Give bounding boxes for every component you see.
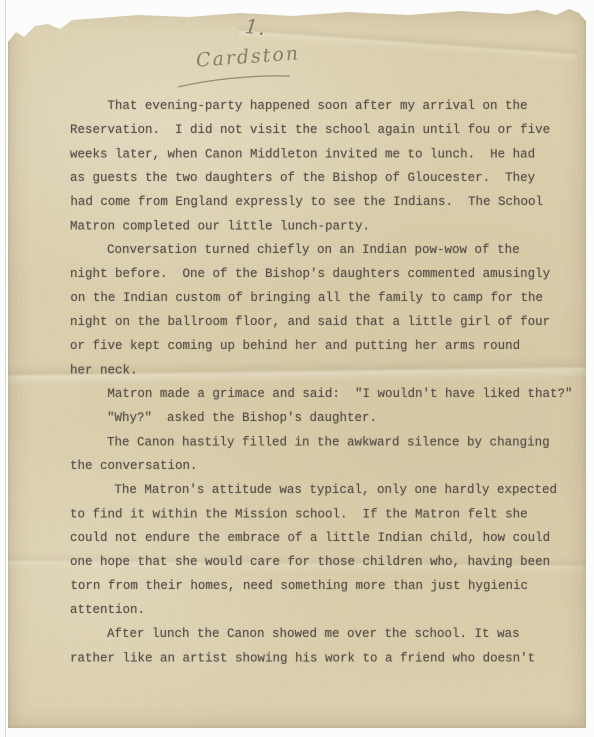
typed-line: That evening-party happened soon after m…	[70, 94, 570, 118]
scanner-edge-line	[5, 0, 6, 737]
typed-line: had come from England expressly to see t…	[70, 190, 570, 214]
typed-line: The Matron's attitude was typical, only …	[70, 478, 570, 502]
typed-line: The Canon hastily filled in the awkward …	[70, 430, 570, 454]
typed-line: weeks later, when Canon Middleton invite…	[70, 142, 570, 166]
typed-line: or five kept coming up behind her and pu…	[70, 334, 570, 358]
typed-line: "Why?" asked the Bishop's daughter.	[70, 406, 570, 430]
typed-line: Matron made a grimace and said: "I would…	[70, 382, 570, 406]
typed-line: one hope that she would care for those c…	[70, 550, 570, 574]
handwritten-title: Cardston	[177, 41, 318, 73]
typed-line: night before. One of the Bishop's daught…	[70, 262, 570, 286]
typed-line: Conversation turned chiefly on an Indian…	[70, 238, 570, 262]
typed-line: to find it within the Mission school. If…	[70, 502, 570, 526]
typewritten-page: 1. Cardston That evening-party happened …	[8, 8, 586, 728]
typed-line: After lunch the Canon showed me over the…	[70, 622, 570, 646]
scanned-document-view: 1. Cardston That evening-party happened …	[0, 0, 594, 737]
typed-line: Matron completed our little lunch-party.	[70, 214, 570, 238]
typed-text-block: That evening-party happened soon after m…	[70, 94, 570, 670]
typed-line: could not endure the embrace of a little…	[70, 526, 570, 550]
typed-line: rather like an artist showing his work t…	[70, 646, 570, 670]
typed-line: as guests the two daughters of the Bisho…	[70, 166, 570, 190]
typed-line: on the Indian custom of bringing all the…	[70, 286, 570, 310]
handwritten-page-number: 1.	[244, 14, 286, 42]
typed-line: the conversation.	[70, 454, 570, 478]
title-underline	[176, 70, 293, 90]
typed-line: Reservation. I did not visit the school …	[70, 118, 570, 142]
typed-line: attention.	[70, 598, 570, 622]
typed-line: torn from their homes, need something mo…	[70, 574, 570, 598]
typed-line: her neck.	[70, 358, 570, 382]
typed-line: night on the ballroom floor, and said th…	[70, 310, 570, 334]
